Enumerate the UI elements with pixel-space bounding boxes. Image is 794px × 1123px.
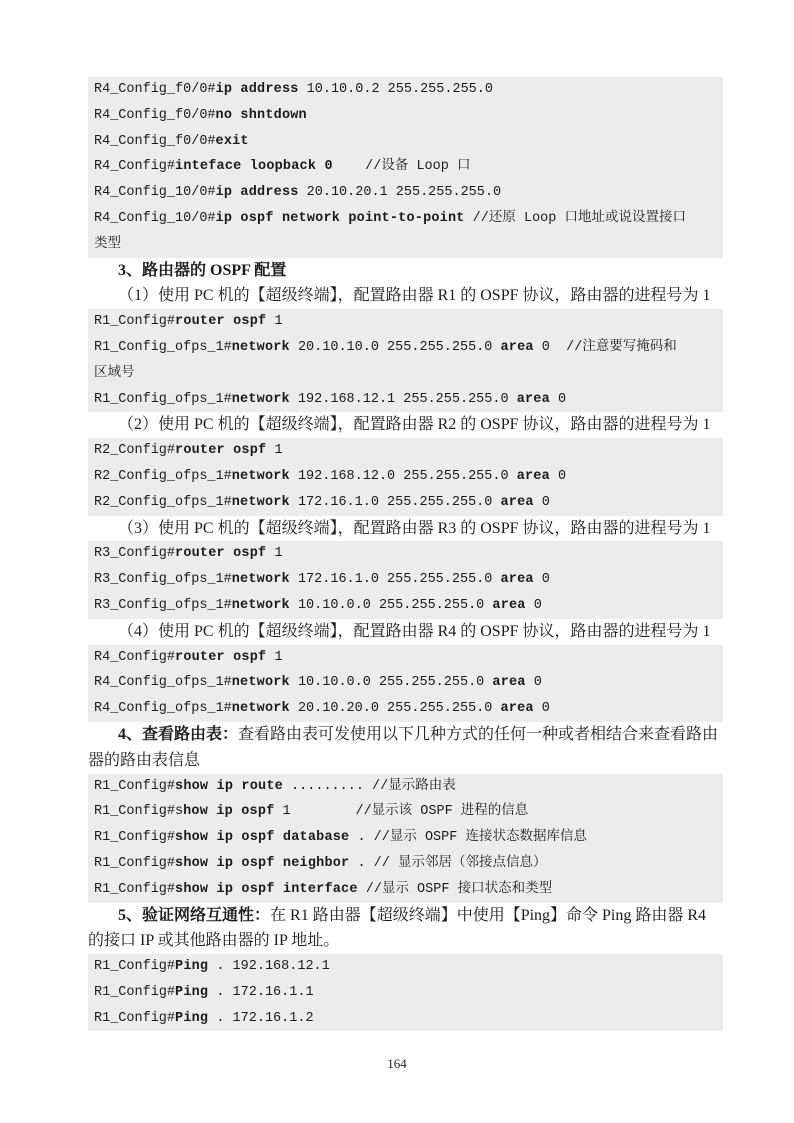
code-keyword: inteface loopback 0 — [175, 159, 333, 174]
code-keyword: show ip ospf interface — [175, 882, 358, 897]
code-line: R4_Config_10/0#ip address 20.10.20.1 255… — [88, 180, 723, 206]
text-run: R1_Config# — [94, 830, 175, 845]
text-run: 类型 — [94, 237, 121, 252]
section-4-paragraph: 4、查看路由表：查看路由表可发使用以下几种方式的任何一种或者相结合来查看路由器的… — [88, 722, 723, 774]
text-run: R4_Config_10/0# — [94, 185, 216, 200]
text-run: 1 — [266, 443, 282, 458]
code-block-r2-ospf: R2_Config#router ospf 1R2_Config_ofps_1#… — [88, 438, 723, 515]
code-line: R1_Config#show ip ospf interface //显示 OS… — [88, 877, 723, 903]
code-line: R4_Config_ofps_1#network 20.10.20.0 255.… — [88, 696, 723, 722]
code-keyword: show ip route — [175, 779, 283, 794]
text-run: . //显示 OSPF 连接状态数据库信息 — [349, 830, 587, 845]
text-run: 192.168.12.1 255.255.255.0 — [290, 392, 517, 407]
code-line: R4_Config_f0/0#exit — [88, 129, 723, 155]
text-run: 1 — [266, 314, 282, 329]
code-keyword: network — [232, 495, 290, 510]
text-run: （4）使用 PC 机的【超级终端】，配置路由器 R4 的 OSPF 协议，路由器… — [118, 623, 711, 640]
code-keyword: network — [232, 675, 290, 690]
text-run: R3_Config_ofps_1# — [94, 598, 232, 613]
text-run: R3_Config_ofps_1# — [94, 572, 232, 587]
code-keyword: exit — [216, 134, 249, 149]
text-run: R1_Config# — [94, 959, 175, 974]
code-keyword: show ip ospf neighbor — [175, 856, 349, 871]
code-keyword: network — [232, 469, 290, 484]
text-run: 0 //注意要写掩码和 — [534, 340, 677, 355]
text-run: R4_Config_ofps_1# — [94, 675, 232, 690]
code-block-r3-ospf: R3_Config#router ospf 1R3_Config_ofps_1#… — [88, 541, 723, 618]
code-line: R1_Config#Ping . 172.16.1.1 — [88, 980, 723, 1006]
code-keyword: Ping — [175, 985, 208, 1000]
section-5-paragraph: 5、验证网络互通性：在 R1 路由器【超级终端】中使用【Ping】命令 Ping… — [88, 903, 723, 955]
code-keyword: ip address — [216, 82, 299, 97]
code-block-r4-interface: R4_Config_f0/0#ip address 10.10.0.2 255.… — [88, 77, 723, 258]
code-keyword: network — [232, 572, 290, 587]
text-run: 20.10.20.1 255.255.255.0 — [299, 185, 502, 200]
code-keyword: 5、验证网络互通性： — [118, 907, 270, 924]
code-line: R1_Config#Ping . 172.16.1.2 — [88, 1006, 723, 1032]
text-run: （1）使用 PC 机的【超级终端】，配置路由器 R1 的 OSPF 协议，路由器… — [118, 287, 711, 304]
code-keyword: 3、路由器的 OSPF 配置 — [118, 262, 286, 279]
text-run: 172.16.1.0 255.255.255.0 — [290, 495, 501, 510]
code-keyword: Ping — [175, 1011, 208, 1026]
text-run: （3）使用 PC 机的【超级终端】，配置路由器 R3 的 OSPF 协议，路由器… — [118, 520, 711, 537]
text-run: R1_Config_ofps_1# — [94, 340, 232, 355]
text-run: R4_Config# — [94, 159, 175, 174]
code-line: R1_Config#Ping . 192.168.12.1 — [88, 954, 723, 980]
text-run: 1 — [266, 546, 282, 561]
code-keyword: network — [232, 598, 290, 613]
text-run: . // 显示邻居（邻接点信息） — [349, 856, 546, 871]
code-keyword: area — [492, 598, 525, 613]
code-line: R3_Config#router ospf 1 — [88, 541, 723, 567]
code-keyword: network — [232, 392, 290, 407]
text-run: R1_Config# — [94, 779, 175, 794]
code-keyword: router ospf — [175, 650, 266, 665]
code-keyword: how ip ospf — [183, 804, 274, 819]
text-run: 20.10.10.0 255.255.255.0 — [290, 340, 501, 355]
text-run: 1 //显示该 OSPF 进程的信息 — [274, 804, 528, 819]
text-run: //还原 Loop 口地址或说设置接口 — [465, 211, 686, 226]
text-run: R4_Config_f0/0# — [94, 82, 216, 97]
code-line: R1_Config#show ip ospf 1 //显示该 OSPF 进程的信… — [88, 799, 723, 825]
text-run: 1 — [266, 650, 282, 665]
code-line: R4_Config#inteface loopback 0 //设备 Loop … — [88, 154, 723, 180]
code-keyword: Ping — [175, 959, 208, 974]
code-keyword: area — [500, 572, 533, 587]
text-run: R4_Config_f0/0# — [94, 134, 216, 149]
text-run: R4_Config_10/0# — [94, 211, 216, 226]
code-keyword: area — [500, 701, 533, 716]
code-keyword: router ospf — [175, 443, 266, 458]
code-keyword: area — [517, 392, 550, 407]
text-run: . 172.16.1.1 — [208, 985, 313, 1000]
code-block-ping-commands: R1_Config#Ping . 192.168.12.1R1_Config#P… — [88, 954, 723, 1031]
code-keyword: network — [232, 701, 290, 716]
code-block-r4-ospf: R4_Config#router ospf 1R4_Config_ofps_1#… — [88, 645, 723, 722]
code-line: 类型 — [88, 232, 723, 258]
code-keyword: router ospf — [175, 546, 266, 561]
text-run: 172.16.1.0 255.255.255.0 — [290, 572, 501, 587]
text-run: 10.10.0.0 255.255.255.0 — [290, 675, 493, 690]
text-run: 0 — [526, 675, 542, 690]
step-3-paragraph: （3）使用 PC 机的【超级终端】，配置路由器 R3 的 OSPF 协议，路由器… — [88, 516, 723, 542]
code-line: R1_Config#show ip ospf database . //显示 O… — [88, 825, 723, 851]
code-line: R4_Config_f0/0#ip address 10.10.0.2 255.… — [88, 77, 723, 103]
text-run: R3_Config# — [94, 546, 175, 561]
text-run: R2_Config_ofps_1# — [94, 495, 232, 510]
code-keyword: router ospf — [175, 314, 266, 329]
code-line: R1_Config_ofps_1#network 20.10.10.0 255.… — [88, 335, 723, 361]
text-run: R1_Config# — [94, 314, 175, 329]
code-line: 区域号 — [88, 361, 723, 387]
text-run: 0 — [534, 495, 550, 510]
text-run: 0 — [534, 572, 550, 587]
step-1-paragraph: （1）使用 PC 机的【超级终端】，配置路由器 R1 的 OSPF 协议，路由器… — [88, 283, 723, 309]
text-run: R4_Config_f0/0# — [94, 108, 216, 123]
document-body: R4_Config_f0/0#ip address 10.10.0.2 255.… — [88, 77, 723, 1031]
document-page: R4_Config_f0/0#ip address 10.10.0.2 255.… — [0, 0, 794, 1123]
page-number: 164 — [0, 1056, 794, 1072]
code-keyword: 4、查看路由表： — [118, 726, 238, 743]
text-run: R1_Config# — [94, 856, 175, 871]
code-block-r1-ospf: R1_Config#router ospf 1R1_Config_ofps_1#… — [88, 309, 723, 412]
text-run: R1_Config#s — [94, 804, 183, 819]
code-keyword: area — [500, 495, 533, 510]
code-line: R1_Config_ofps_1#network 192.168.12.1 25… — [88, 387, 723, 413]
code-line: R1_Config#show ip ospf neighbor . // 显示邻… — [88, 851, 723, 877]
text-run: 20.10.20.0 255.255.255.0 — [290, 701, 501, 716]
code-keyword: ip ospf network point-to-point — [216, 211, 465, 226]
code-keyword: area — [492, 675, 525, 690]
text-run: 192.168.12.0 255.255.255.0 — [290, 469, 517, 484]
code-line: R1_Config#show ip route ......... //显示路由… — [88, 774, 723, 800]
text-run: 10.10.0.2 255.255.255.0 — [299, 82, 493, 97]
code-line: R1_Config#router ospf 1 — [88, 309, 723, 335]
step-4-paragraph: （4）使用 PC 机的【超级终端】，配置路由器 R4 的 OSPF 协议，路由器… — [88, 619, 723, 645]
code-line: R4_Config_f0/0#no shntdown — [88, 103, 723, 129]
text-run: 区域号 — [94, 366, 135, 381]
text-run: //设备 Loop 口 — [333, 159, 471, 174]
section-3-heading: 3、路由器的 OSPF 配置 — [88, 258, 723, 284]
code-keyword: area — [500, 340, 533, 355]
text-run: 0 — [550, 392, 566, 407]
text-run: ......... //显示路由表 — [283, 779, 456, 794]
code-keyword: no shntdown — [216, 108, 307, 123]
text-run: R2_Config_ofps_1# — [94, 469, 232, 484]
text-run: R4_Config# — [94, 650, 175, 665]
code-block-show-commands: R1_Config#show ip route ......... //显示路由… — [88, 774, 723, 903]
text-run: 10.10.0.0 255.255.255.0 — [290, 598, 493, 613]
text-run: 0 — [534, 701, 550, 716]
text-run: R4_Config_ofps_1# — [94, 701, 232, 716]
code-line: R4_Config_ofps_1#network 10.10.0.0 255.2… — [88, 670, 723, 696]
code-line: R4_Config#router ospf 1 — [88, 645, 723, 671]
text-run: R2_Config# — [94, 443, 175, 458]
code-keyword: network — [232, 340, 290, 355]
text-run: . 192.168.12.1 — [208, 959, 330, 974]
code-line: R2_Config#router ospf 1 — [88, 438, 723, 464]
code-keyword: show ip ospf database — [175, 830, 349, 845]
code-line: R3_Config_ofps_1#network 10.10.0.0 255.2… — [88, 593, 723, 619]
text-run: //显示 OSPF 接口状态和类型 — [358, 882, 552, 897]
code-line: R2_Config_ofps_1#network 192.168.12.0 25… — [88, 464, 723, 490]
code-line: R3_Config_ofps_1#network 172.16.1.0 255.… — [88, 567, 723, 593]
text-run: R1_Config_ofps_1# — [94, 392, 232, 407]
code-keyword: ip address — [216, 185, 299, 200]
text-run: R1_Config# — [94, 985, 175, 1000]
text-run: （2）使用 PC 机的【超级终端】，配置路由器 R2 的 OSPF 协议，路由器… — [118, 416, 711, 433]
code-line: R4_Config_10/0#ip ospf network point-to-… — [88, 206, 723, 232]
code-line: R2_Config_ofps_1#network 172.16.1.0 255.… — [88, 490, 723, 516]
text-run: . 172.16.1.2 — [208, 1011, 313, 1026]
text-run: R1_Config# — [94, 882, 175, 897]
text-run: 0 — [550, 469, 566, 484]
text-run: R1_Config# — [94, 1011, 175, 1026]
code-keyword: area — [517, 469, 550, 484]
text-run: 0 — [526, 598, 542, 613]
step-2-paragraph: （2）使用 PC 机的【超级终端】，配置路由器 R2 的 OSPF 协议，路由器… — [88, 412, 723, 438]
